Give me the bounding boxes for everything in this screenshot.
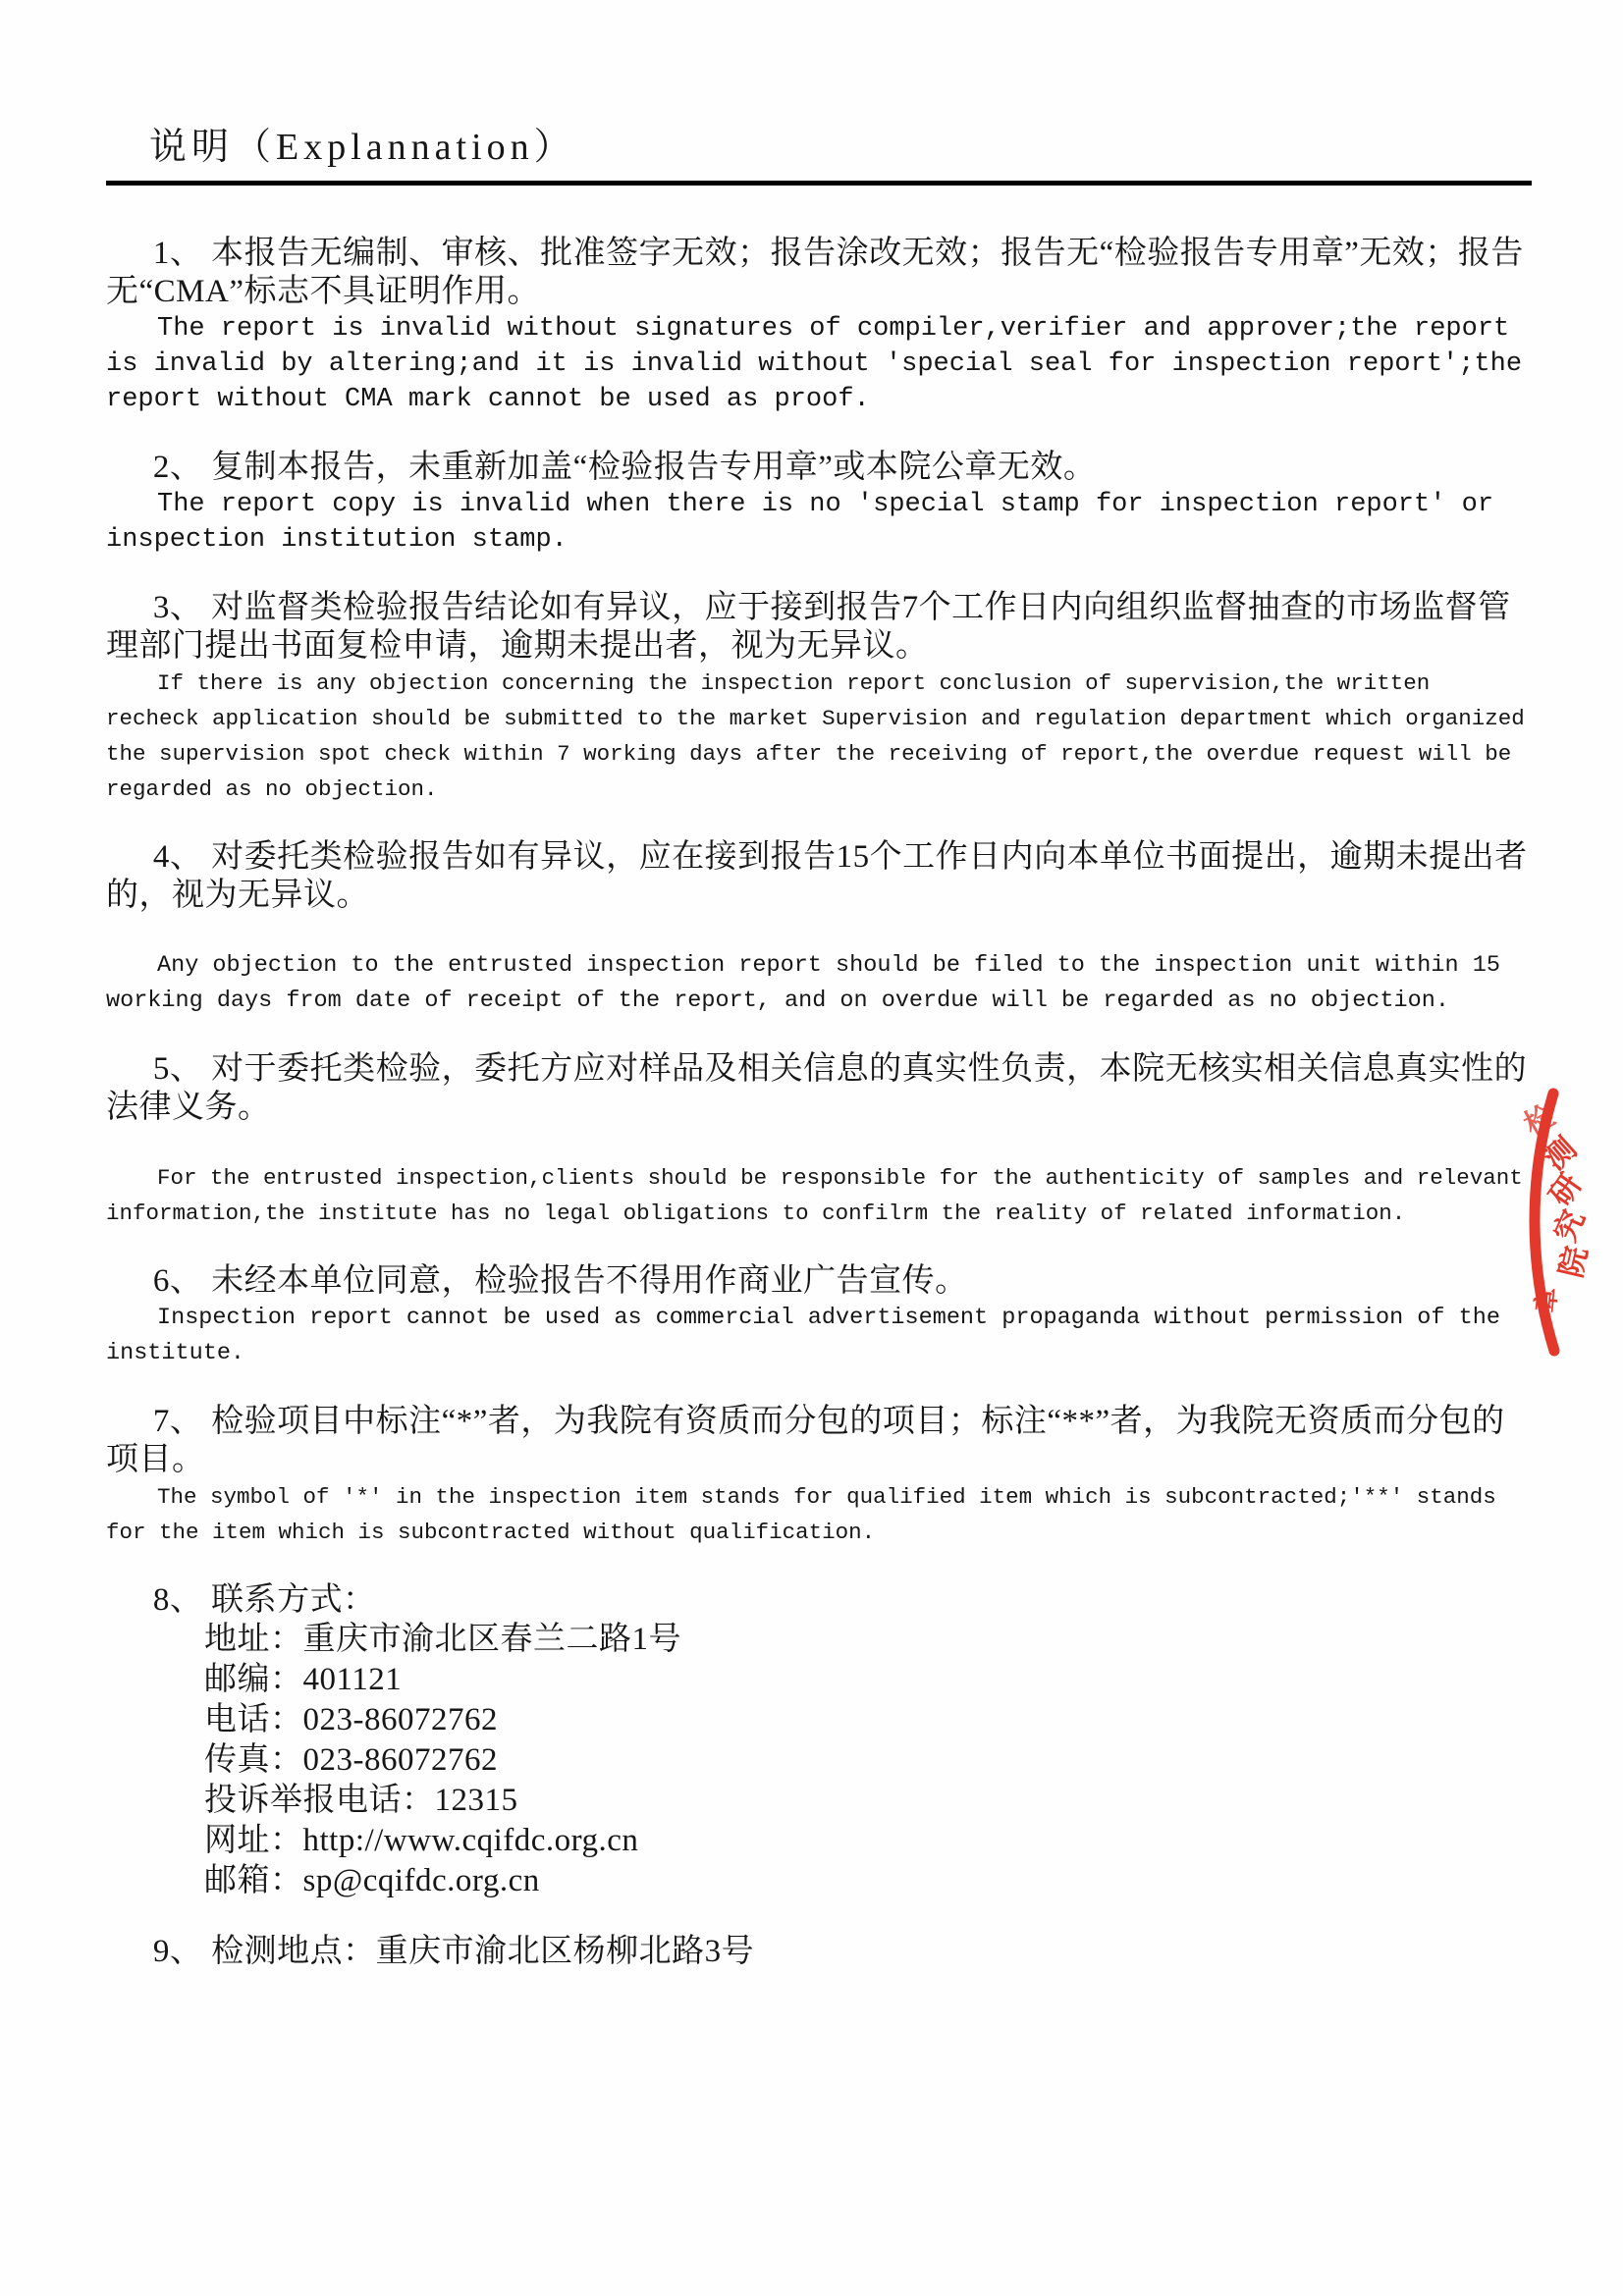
stamp-arc-character: 究 [1547,1204,1592,1247]
contact-heading: 8、 联系方式： [106,1581,1532,1620]
stamp-arc-character: 院 [1553,1244,1594,1281]
explanation-item-1: 1、 本报告无编制、审核、批准签字无效；报告涂改无效；报告无“检验报告专用章”无… [106,235,1532,417]
explanation-item-7: 7、 检验项目中标注“*”者，为我院有资质而分包的项目；标注“**”者，为我院无… [106,1403,1532,1550]
contact-line-website: 网址：http://www.cqifdc.org.cn [106,1821,1532,1861]
explanation-item-3: 3、 对监督类检验报告结论如有异议，应于接到报告7个工作日内向组织监督抽查的市场… [106,589,1532,807]
contact-line-phone: 电话：023-86072762 [106,1700,1532,1740]
contact-section: 8、 联系方式： 地址：重庆市渝北区春兰二路1号 邮编：401121 电话：02… [106,1581,1532,1901]
contact-line-email: 邮箱：sp@cqifdc.org.cn [106,1861,1532,1901]
clause-2-zh: 2、 复制本报告，未重新加盖“检验报告专用章”或本院公章无效。 [106,449,1532,487]
page-title: 说明（Explannation） [106,126,1532,186]
page-content: 说明（Explannation） 1、 本报告无编制、审核、批准签字无效；报告涂… [106,126,1532,1971]
stamp-arc-character: 研 [1542,1167,1588,1211]
contact-line-complaint-hotline: 投诉举报电话：12315 [106,1781,1532,1821]
clause-6-zh: 6、 未经本单位同意，检验报告不得用作商业广告宣传。 [106,1262,1532,1301]
clause-1-zh: 1、 本报告无编制、审核、批准签字无效；报告涂改无效；报告无“检验报告专用章”无… [106,235,1532,311]
contact-line-postcode: 邮编：401121 [106,1660,1532,1700]
clause-7-en: The symbol of '*' in the inspection item… [106,1479,1532,1550]
contact-line-fax: 传真：023-86072762 [106,1740,1532,1781]
test-location-section: 9、 检测地点：重庆市渝北区杨柳北路3号 [106,1933,1532,1971]
clause-3-zh: 3、 对监督类检验报告结论如有异议，应于接到报告7个工作日内向组织监督抽查的市场… [106,589,1532,666]
explanation-item-2: 2、 复制本报告，未重新加盖“检验报告专用章”或本院公章无效。 The repo… [106,449,1532,558]
clause-2-en: The report copy is invalid when there is… [106,487,1532,558]
stamp-inner-character: 章 [1531,1286,1562,1314]
official-stamp: 检 测 研 究 院 章 [1490,1031,1623,1384]
clause-1-en: The report is invalid without signatures… [106,311,1532,417]
explanation-item-6: 6、 未经本单位同意，检验报告不得用作商业广告宣传。 Inspection re… [106,1262,1532,1371]
clause-7-zh: 7、 检验项目中标注“*”者，为我院有资质而分包的项目；标注“**”者，为我院无… [106,1403,1532,1479]
contact-line-address: 地址：重庆市渝北区春兰二路1号 [106,1620,1532,1660]
test-location-line: 9、 检测地点：重庆市渝北区杨柳北路3号 [106,1933,1532,1971]
clause-3-en: If there is any objection concerning the… [106,666,1532,807]
report-explanation-page: 说明（Explannation） 1、 本报告无编制、审核、批准签字无效；报告涂… [0,0,1623,2296]
explanation-item-5: 5、 对于委托类检验，委托方应对样品及相关信息的真实性负责，本院无核实相关信息真… [106,1050,1532,1231]
explanation-item-4: 4、 对委托类检验报告如有异议，应在接到报告15个工作日内向本单位书面提出，逾期… [106,838,1532,1019]
clause-4-zh: 4、 对委托类检验报告如有异议，应在接到报告15个工作日内向本单位书面提出，逾期… [106,838,1532,915]
clause-5-zh: 5、 对于委托类检验，委托方应对样品及相关信息的真实性负责，本院无核实相关信息真… [106,1050,1532,1127]
clause-5-en: For the entrusted inspection,clients sho… [106,1160,1532,1231]
clause-4-en: Any objection to the entrusted inspectio… [106,948,1532,1019]
clause-6-en: Inspection report cannot be used as comm… [106,1301,1532,1371]
